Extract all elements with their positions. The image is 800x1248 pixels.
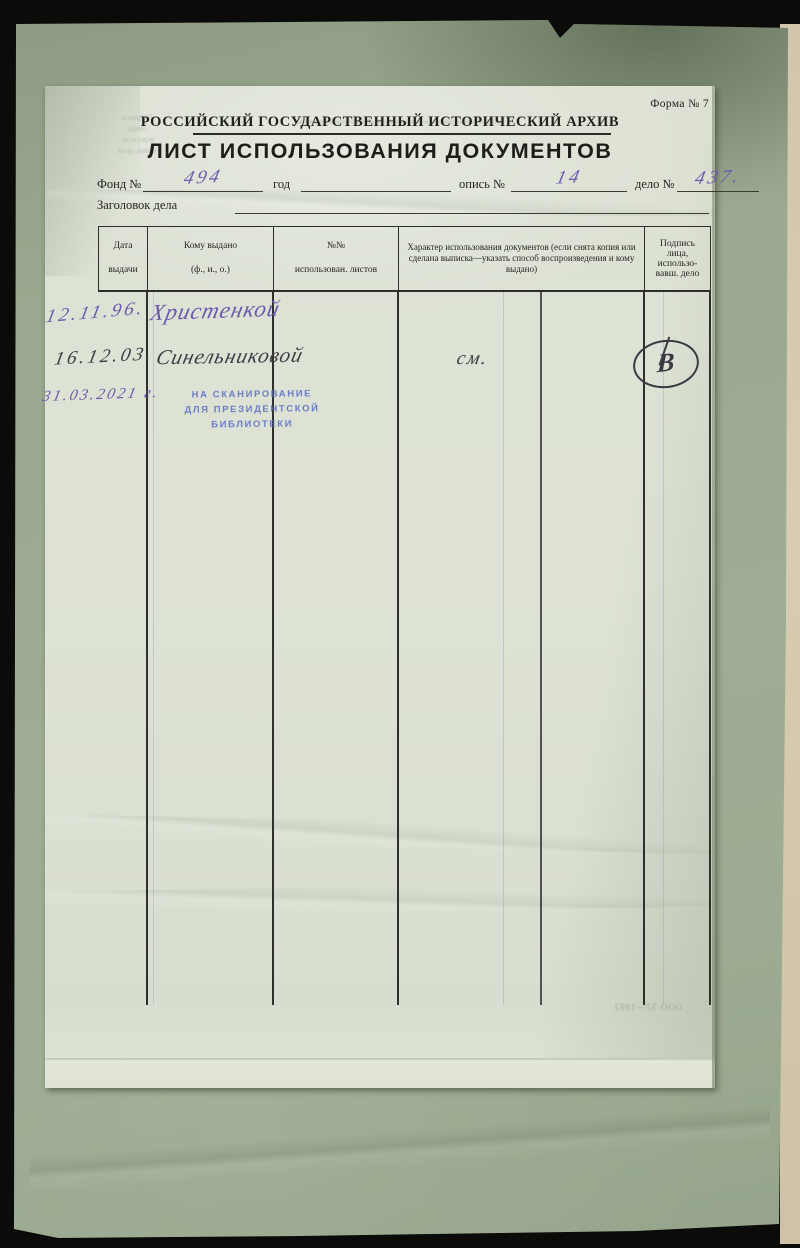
sheet-bottom-fold <box>45 1058 715 1088</box>
opis-value: 14 <box>508 164 631 192</box>
page-wrinkle <box>30 1100 770 1190</box>
entry-date: 12.11.96. <box>44 298 147 328</box>
year-field <box>301 173 451 192</box>
case-title-line: Заголовок дела <box>97 197 709 217</box>
fond-value: 494 <box>140 164 267 192</box>
usage-sheet: Подпись лица, использо- вавш. дело Форма… <box>45 86 715 1088</box>
delo-value: 437. <box>674 165 762 191</box>
stamp-line: БИБЛИОТЕКИ <box>177 416 327 433</box>
entry-name: Синельниковой <box>154 343 306 371</box>
col-header-sheets: №№ использован. листов <box>274 227 398 290</box>
archive-underline <box>193 133 611 135</box>
delo-field: 437. <box>677 173 759 192</box>
col-header-date: Дата выдачи <box>99 227 147 290</box>
bleedthrough-rule <box>503 292 504 1005</box>
zagolovok-field <box>235 213 709 214</box>
archive-name: РОССИЙСКИЙ ГОСУДАРСТВЕННЫЙ ИСТОРИЧЕСКИЙ … <box>45 114 715 131</box>
scanning-stamp: НА СКАНИРОВАНИЕ ДЛЯ ПРЕЗИДЕНТСКОЙ БИБЛИО… <box>177 386 327 433</box>
table-rule-right-border <box>709 292 711 1005</box>
stamp-line: ДЛЯ ПРЕЗИДЕНТСКОЙ <box>177 401 327 418</box>
table-rule <box>397 292 399 1005</box>
delo-label: дело № <box>635 177 674 192</box>
fond-field: 494 <box>143 173 263 192</box>
col-header-issued-to: Кому выдано (ф., и., о.) <box>148 227 273 290</box>
year-value <box>300 185 452 193</box>
fond-label: Фонд № <box>97 177 141 192</box>
col-label: использо- <box>658 259 698 269</box>
col-label: Кому выдано <box>184 241 237 252</box>
col-label: лица, <box>667 249 689 259</box>
form-number: Форма № 7 <box>650 98 709 110</box>
col-label: Дата <box>114 241 133 252</box>
col-label: №№ <box>327 241 345 252</box>
entry-name: Христенкой <box>148 296 283 326</box>
col-label: (ф., и., о.) <box>191 265 230 276</box>
opis-label: опись № <box>459 177 505 192</box>
entry-usage-mark: см. <box>455 348 491 370</box>
col-label: выдачи <box>108 265 137 276</box>
col-header-signature: Подпись лица, использо- вавш. дело <box>645 227 710 290</box>
circled-signature: В <box>630 336 701 392</box>
year-label: год <box>273 177 290 192</box>
stamp-line: НА СКАНИРОВАНИЕ <box>177 386 327 403</box>
entry-date: 16.12.03. <box>52 343 156 370</box>
col-label: Характер использования документов (если … <box>407 242 636 275</box>
table-rule <box>643 292 645 1005</box>
bleedthrough-rule <box>663 292 664 1005</box>
reference-fields-line: Фонд № 494 год опись № 14 дело № 437. <box>97 170 701 196</box>
col-header-usage-character: Характер использования документов (если … <box>399 227 644 290</box>
table-rule <box>540 292 542 1005</box>
bleedthrough-imprint: ООО 52—1982 <box>583 1002 713 1012</box>
scanned-archive-spread: Подпись лица, использо- вавш. дело Форма… <box>0 0 800 1248</box>
table-header: Дата выдачи Кому выдано (ф., и., о.) №№ … <box>98 226 711 292</box>
col-label: Подпись <box>660 239 695 249</box>
signature-letter: В <box>657 347 676 380</box>
opis-field: 14 <box>511 173 627 192</box>
col-label: вавш. дело <box>656 269 700 279</box>
entry-date: 31.03.2021 г. <box>41 384 162 406</box>
col-label: использован. листов <box>295 265 377 276</box>
document-title: ЛИСТ ИСПОЛЬЗОВАНИЯ ДОКУМЕНТОВ <box>45 139 715 164</box>
zagolovok-label: Заголовок дела <box>97 198 177 213</box>
sheet-right-edge <box>712 86 715 1088</box>
